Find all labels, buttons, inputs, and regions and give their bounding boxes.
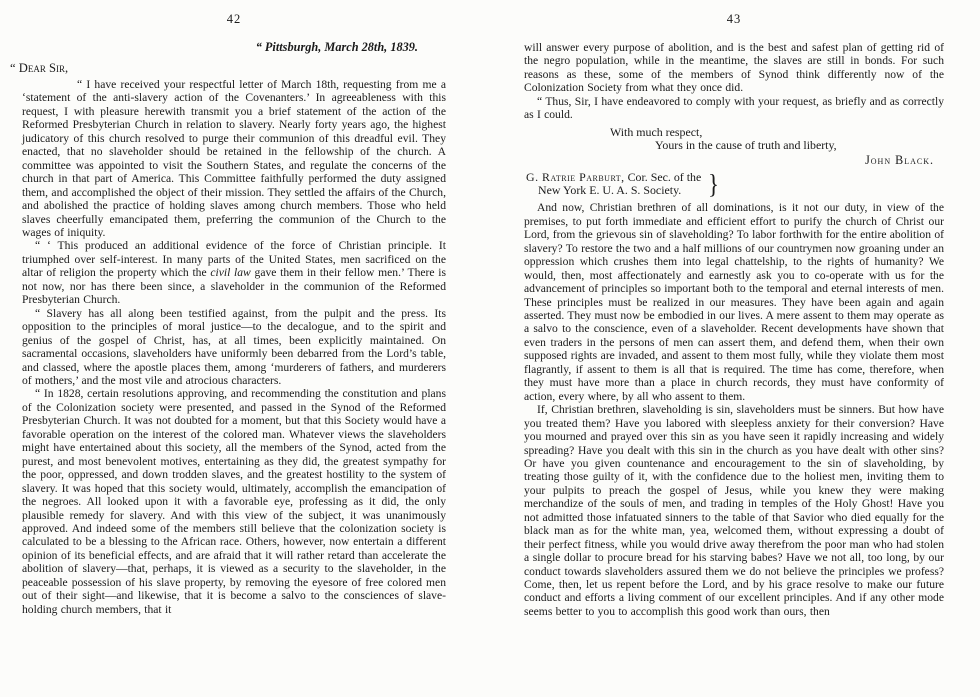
paragraph: “ I have received your respectful letter…: [22, 78, 446, 239]
addressee-line2: New York E. U. A. S. Society.: [538, 184, 701, 197]
paragraph: If, Christian brethren, slaveholding is …: [524, 403, 944, 618]
signature-john-black: John Black.: [524, 154, 944, 167]
paragraph: And now, Christian brethren of all domin…: [524, 201, 944, 403]
closing-yours: Yours in the cause of truth and liberty,: [655, 139, 944, 152]
paragraph: “ In 1828, certain resolutions approving…: [22, 387, 446, 616]
letter-salutation: “ Dear Sir,: [10, 61, 446, 75]
paragraph: will answer every purpose of abolition, …: [524, 41, 944, 95]
letter-dateline: “ Pittsburgh, March 28th, 1839.: [22, 40, 446, 54]
paragraph: “ Thus, Sir, I have endeavored to comply…: [524, 95, 944, 122]
closing-respect: With much respect,: [610, 126, 944, 139]
italic-phrase: civil law: [210, 266, 250, 279]
page-number-left: 42: [22, 12, 446, 27]
addressee-title: Cor. Sec. of the: [625, 170, 702, 184]
brace-glyph: }: [708, 171, 719, 197]
addressee-lines: G. Ratrie Parburt, Cor. Sec. of the New …: [526, 171, 701, 197]
letter-body-left: “ I have received your respectful letter…: [22, 78, 446, 616]
page-42: 42 “ Pittsburgh, March 28th, 1839. “ Dea…: [22, 12, 446, 616]
addressee-block: G. Ratrie Parburt, Cor. Sec. of the New …: [526, 171, 944, 197]
paragraph: “ Slavery has all along been testified a…: [22, 307, 446, 388]
addressee-name: G. Ratrie Parburt,: [526, 170, 625, 184]
letter-body-right-top: will answer every purpose of abolition, …: [524, 41, 944, 122]
letter-body-right-bottom: And now, Christian brethren of all domin…: [524, 201, 944, 618]
page-number-right: 43: [524, 12, 944, 27]
page-43: 43 will answer every purpose of abolitio…: [524, 12, 944, 618]
paragraph: “ ‘ This produced an additional evidence…: [22, 239, 446, 306]
book-scan: { "left_page": { "page_number": "42", "d…: [0, 0, 980, 697]
